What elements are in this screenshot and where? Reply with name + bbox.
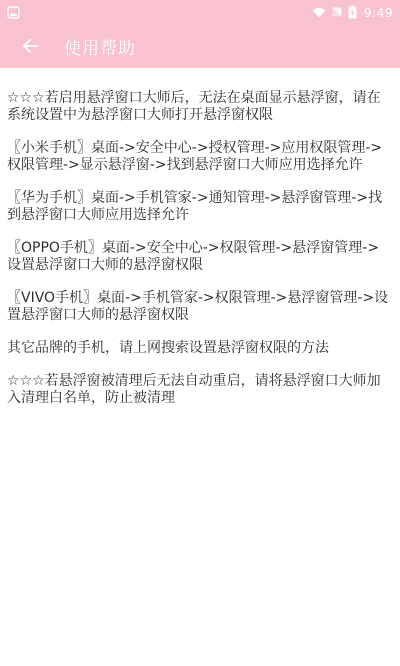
back-arrow-icon <box>19 35 41 57</box>
help-paragraph: 〖VIVO手机〗桌面->手机管家->权限管理->悬浮窗管理->设置悬浮窗口大师的… <box>7 290 393 324</box>
help-paragraph: ☆☆☆若悬浮窗被清理后无法自动重启，请将悬浮窗口大师加入清理白名单，防止被清理 <box>7 373 393 407</box>
help-paragraph: 〖华为手机〗桌面->手机管家->通知管理->悬浮窗管理->找到悬浮窗口大师应用选… <box>7 190 393 224</box>
help-content-scroll[interactable]: ☆☆☆若启用悬浮窗口大师后，无法在桌面显示悬浮窗，请在系统设置中为悬浮窗口大师打… <box>0 68 400 666</box>
help-paragraph: 〖OPPO手机〗桌面->安全中心->权限管理->悬浮窗管理->设置悬浮窗口大师的… <box>7 240 393 274</box>
back-button[interactable] <box>16 32 44 60</box>
status-bar-right: 9:49 <box>312 5 393 20</box>
status-bar-left <box>7 6 20 19</box>
image-notification-icon <box>7 6 20 19</box>
page-title: 使用帮助 <box>64 34 136 59</box>
app-screen: 9:49 使用帮助 ☆☆☆若启用悬浮窗口大师后，无法在桌面显示悬浮窗，请在系统设… <box>0 0 400 666</box>
no-sim-icon <box>331 6 343 18</box>
wifi-icon <box>312 7 326 18</box>
help-paragraph: 其它品牌的手机，请上网搜索设置悬浮窗权限的方法 <box>7 340 393 357</box>
status-bar: 9:49 <box>0 0 400 24</box>
help-paragraph: 〖小米手机〗桌面->安全中心->授权管理->应用权限管理->权限管理->显示悬浮… <box>7 140 393 174</box>
app-bar: 使用帮助 <box>0 24 400 68</box>
status-bar-time: 9:49 <box>364 5 393 20</box>
battery-charging-icon <box>348 5 357 19</box>
help-paragraph: ☆☆☆若启用悬浮窗口大师后，无法在桌面显示悬浮窗，请在系统设置中为悬浮窗口大师打… <box>7 90 393 124</box>
